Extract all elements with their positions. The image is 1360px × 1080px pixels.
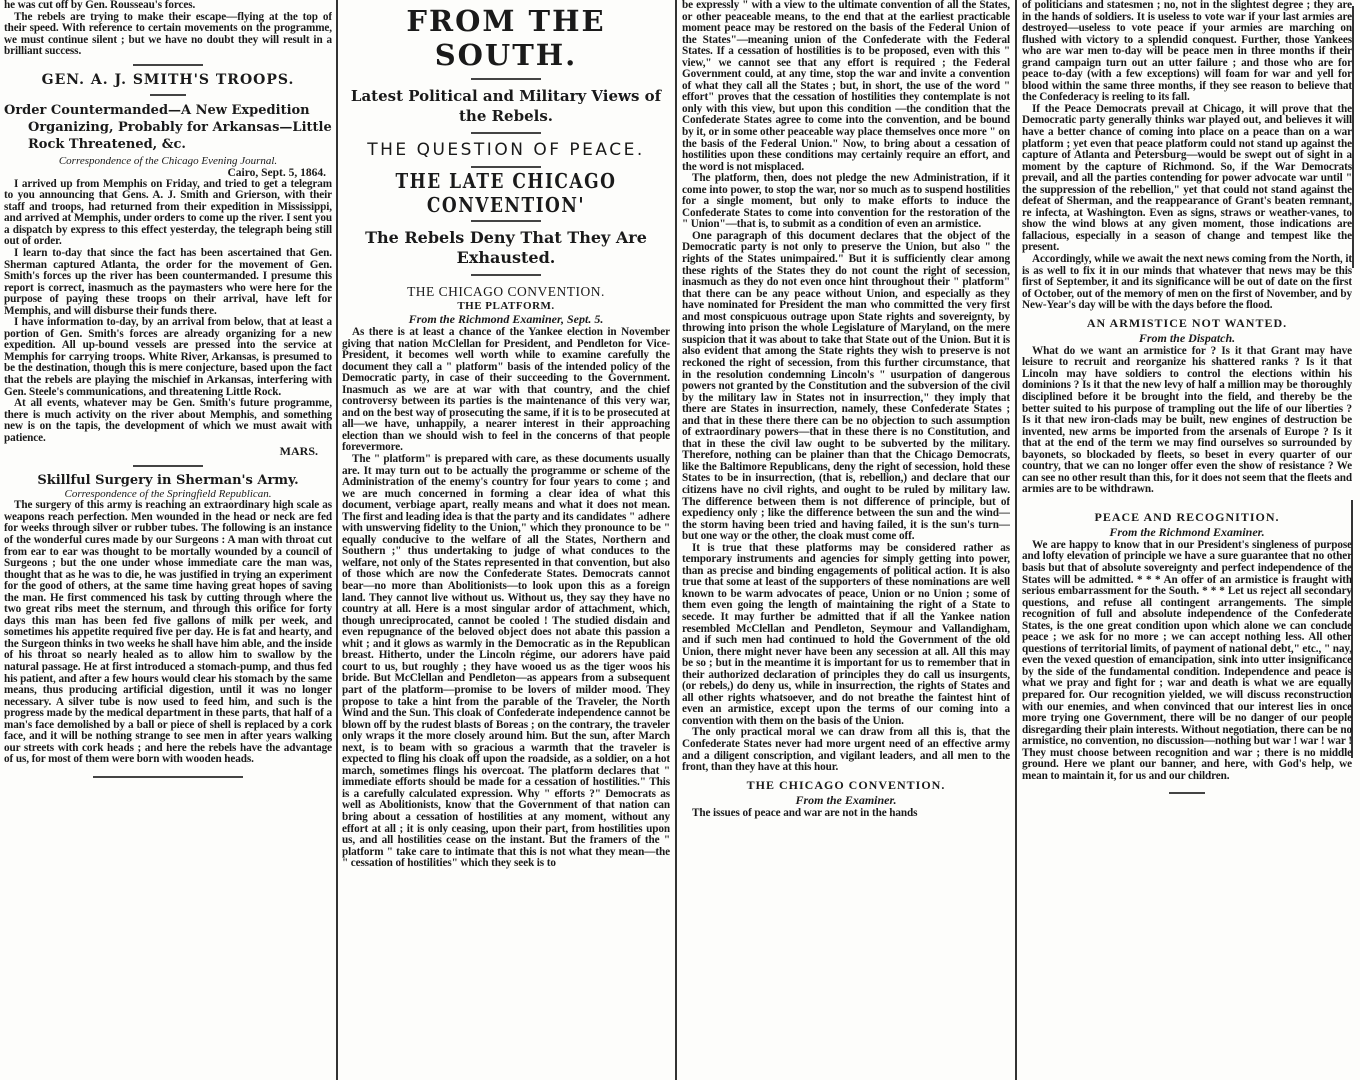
ornamental-rule [150, 94, 186, 96]
column-2: FROM THE SOUTH. Latest Political and Mil… [342, 0, 670, 1080]
signature: MARS. [4, 444, 332, 459]
section-title: THE CHICAGO CONVENTION. [682, 778, 1010, 793]
body-paragraph: If the Peace Democrats prevail at Chicag… [1022, 104, 1352, 254]
body-paragraph: It is true that these platforms may be c… [682, 543, 1010, 728]
body-paragraph: I arrived up from Memphis on Friday, and… [4, 179, 332, 248]
body-paragraph: The only practical moral we can draw fro… [682, 727, 1010, 773]
article-headline: Skillful Surgery in Sherman's Army. [4, 473, 332, 488]
body-paragraph: The " platform" is prepared with care, a… [342, 454, 670, 870]
column-rule [336, 0, 338, 1080]
ornamental-rule [1169, 792, 1205, 794]
headline-deck: The Rebels Deny That They Are Exhausted. [342, 228, 670, 268]
column-rule [1015, 0, 1017, 1080]
source-credit: From the Richmond Examiner, Sept. 5. [342, 312, 670, 327]
section-title: AN ARMISTICE NOT WANTED. [1022, 316, 1352, 331]
body-paragraph: he was cut off by Gen. Rousseau's forces… [4, 0, 332, 12]
section-subtitle: THE PLATFORM. [342, 300, 670, 312]
body-paragraph: be expressly " with a view to the ultima… [682, 0, 1010, 173]
ornamental-rule [471, 220, 541, 222]
headline-deck: THE LATE CHICAGO CONVENTION' [342, 170, 670, 218]
body-paragraph: As there is at least a chance of the Yan… [342, 327, 670, 454]
masthead: FROM THE SOUTH. [342, 4, 670, 72]
body-paragraph: The rebels are trying to make their esca… [4, 12, 332, 58]
section-title: THE CHICAGO CONVENTION. [342, 284, 670, 300]
body-paragraph: What do we want an armistice for ? Is it… [1022, 346, 1352, 496]
body-paragraph: The surgery of this army is reaching an … [4, 500, 332, 766]
source-credit: From the Examiner. [682, 793, 1010, 808]
source-credit: From the Richmond Examiner. [1022, 525, 1352, 540]
ornamental-rule [471, 166, 541, 168]
body-paragraph: We are happy to know that in our Preside… [1022, 540, 1352, 782]
body-paragraph: I have information to-day, by an arrival… [4, 317, 332, 398]
article-deck: Order Countermanded—A New Expedition Org… [4, 102, 332, 153]
correspondence-credit: Correspondence of the Chicago Evening Jo… [4, 155, 332, 167]
body-paragraph: I learn to-day that since the fact has b… [4, 248, 332, 317]
section-title: PEACE AND RECOGNITION. [1022, 510, 1352, 525]
ornamental-rule [93, 776, 243, 778]
ornamental-rule [133, 64, 203, 66]
article-headline: GEN. A. J. SMITH'S TROOPS. [4, 72, 332, 88]
ornamental-rule [471, 132, 541, 134]
body-paragraph: The issues of peace and war are not in t… [682, 808, 1010, 820]
column-rule [675, 0, 677, 1080]
body-paragraph: One paragraph of this document declares … [682, 231, 1010, 543]
ornamental-rule [133, 465, 203, 467]
body-paragraph: The platform, then, does not pledge the … [682, 173, 1010, 231]
column-rule [1352, 6, 1354, 268]
dateline: Cairo, Sept. 5, 1864. [4, 167, 332, 179]
body-paragraph: At all events, whatever may be Gen. Smit… [4, 398, 332, 444]
body-paragraph: of politicians and statesmen ; no, not i… [1022, 0, 1352, 104]
source-credit: From the Dispatch. [1022, 331, 1352, 346]
ornamental-rule [471, 274, 541, 276]
column-3: be expressly " with a view to the ultima… [682, 0, 1010, 1080]
column-4: of politicians and statesmen ; no, not i… [1022, 0, 1352, 1080]
headline-deck: THE QUESTION OF PEACE. [342, 140, 670, 160]
body-paragraph: Accordingly, while we await the next new… [1022, 254, 1352, 312]
ornamental-rule [471, 78, 541, 80]
headline-deck: Latest Political and Military Views of t… [342, 86, 670, 126]
column-1: he was cut off by Gen. Rousseau's forces… [4, 0, 332, 1080]
